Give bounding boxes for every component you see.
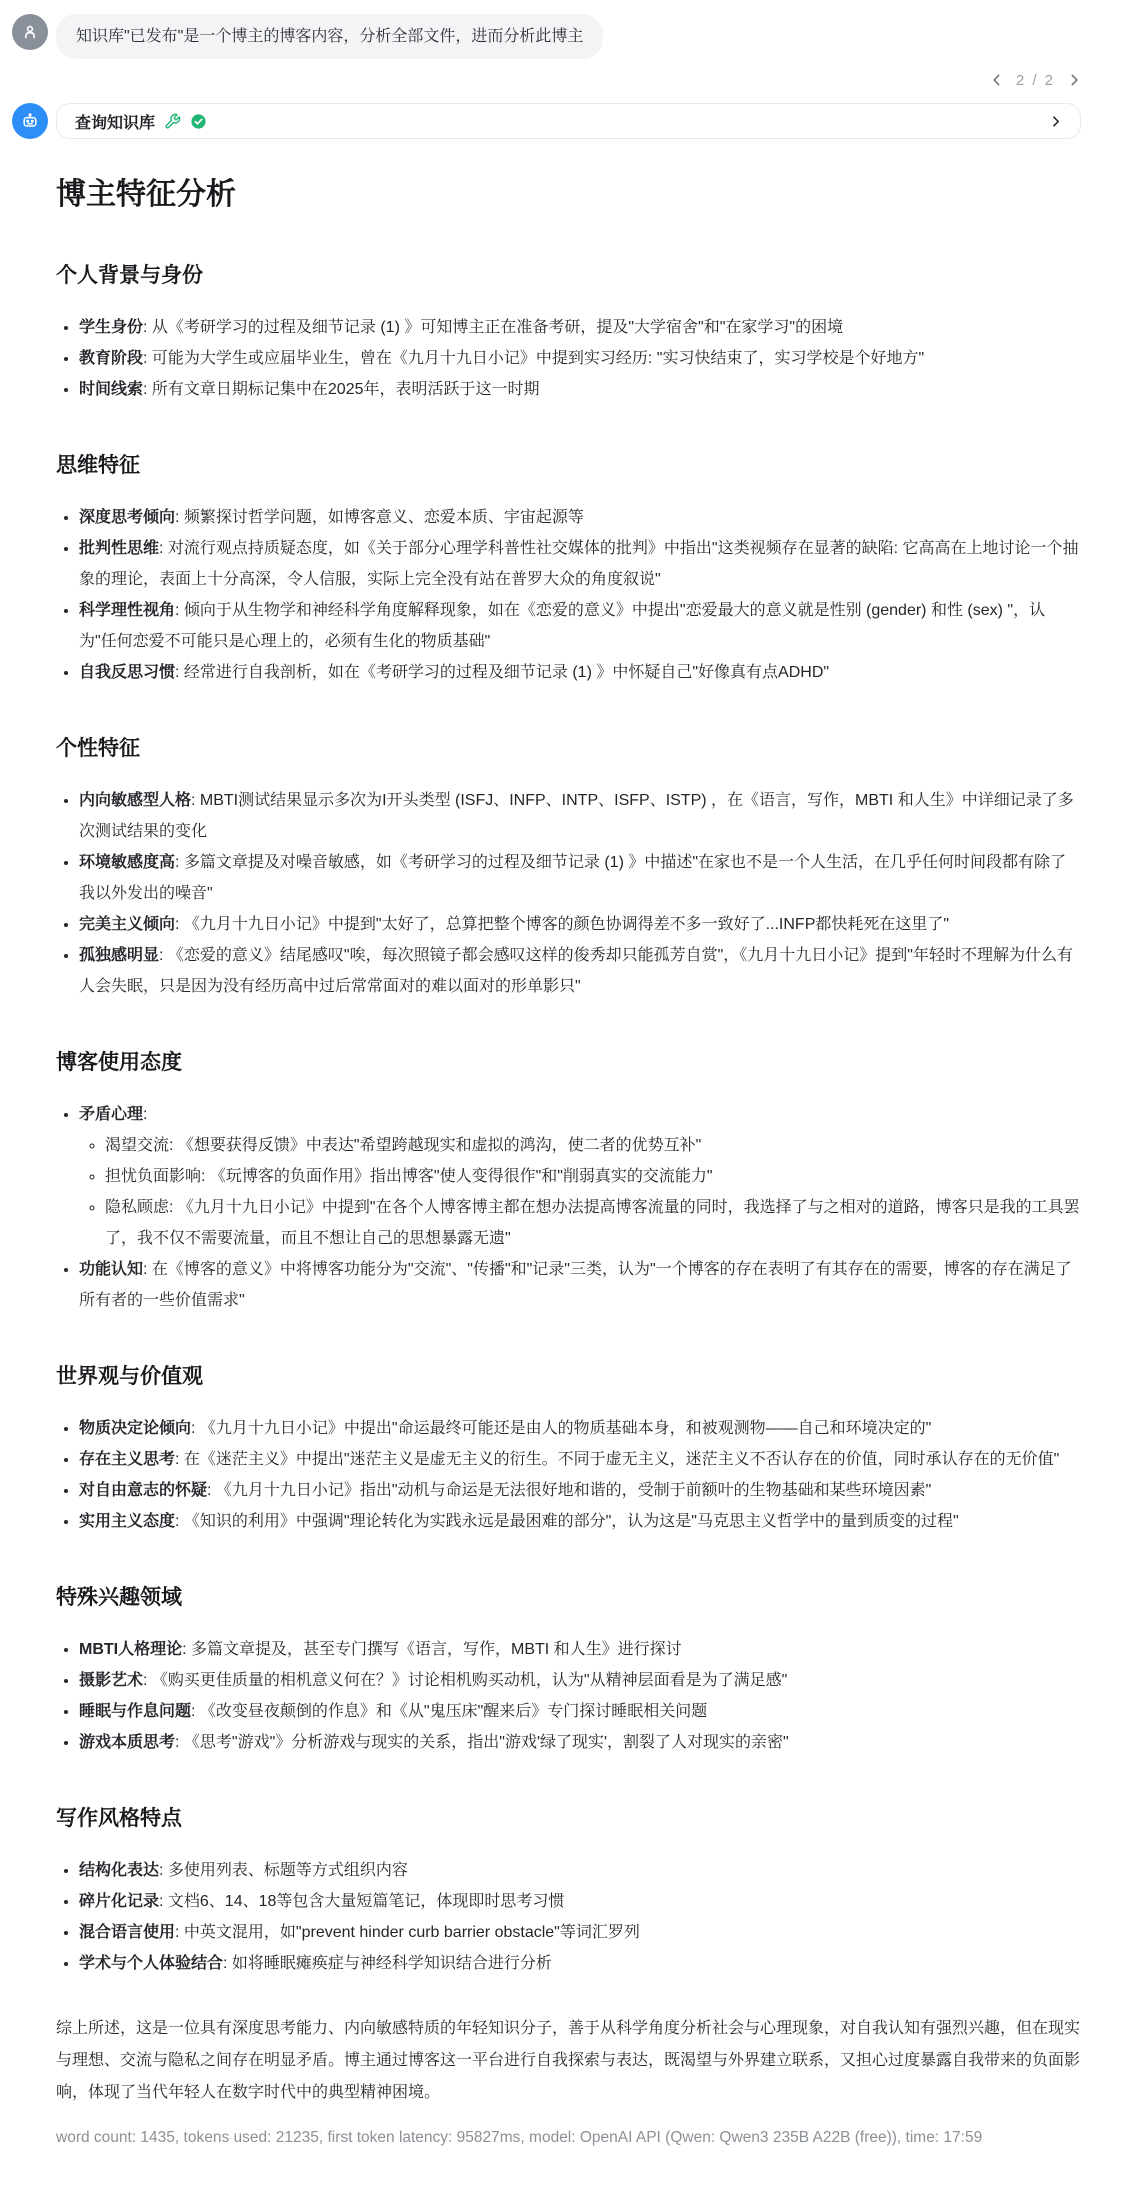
item-text: : <box>143 1106 147 1123</box>
list-item: 批判性思维: 对流行观点持质疑态度，如《关于部分心理学科普性社交媒体的批判》中指… <box>79 533 1081 595</box>
item-text: : 多使用列表、标题等方式组织内容 <box>159 1862 408 1879</box>
item-label: 功能认知 <box>79 1261 143 1278</box>
tool-call-panel[interactable]: 查询知识库 <box>56 103 1081 139</box>
list-item: 科学理性视角: 倾向于从生物学和神经科学角度解释现象，如在《恋爱的意义》中提出"… <box>79 595 1081 657</box>
list-item: 摄影艺术: 《购买更佳质量的相机意义何在？》讨论相机购买动机，认为"从精神层面看… <box>79 1665 1081 1696</box>
list-item: 深度思考倾向: 频繁探讨哲学问题，如博客意义、恋爱本质、宇宙起源等 <box>79 502 1081 533</box>
item-text: : 从《考研学习的过程及细节记录 (1) 》可知博主正在准备考研，提及"大学宿舍… <box>143 319 843 336</box>
robot-icon <box>20 111 40 131</box>
item-label: 孤独感明显 <box>79 947 159 964</box>
list-item: 完美主义倾向: 《九月十九日小记》中提到"太好了，总算把整个博客的颜色协调得差不… <box>79 909 1081 940</box>
list-item: 结构化表达: 多使用列表、标题等方式组织内容 <box>79 1855 1081 1886</box>
section-heading: 博客使用态度 <box>56 1048 1081 1077</box>
item-label: 教育阶段 <box>79 350 143 367</box>
section-list: 内向敏感型人格: MBTI测试结果显示多次为I开头类型 (ISFJ、INFP、I… <box>56 785 1081 1002</box>
sub-list: 渴望交流: 《想要获得反馈》中表达"希望跨越现实和虚拟的鸿沟，使二者的优势互补"… <box>79 1130 1081 1254</box>
item-label: 环境敏感度高 <box>79 854 175 871</box>
check-circle-icon <box>190 113 207 130</box>
chevron-right-icon[interactable] <box>1049 115 1062 128</box>
item-text: : 文档6、14、18等包含大量短篇笔记，体现即时思考习惯 <box>159 1893 564 1910</box>
chevron-right-icon <box>1067 73 1081 87</box>
list-item: 自我反思习惯: 经常进行自我剖析，如在《考研学习的过程及细节记录 (1) 》中怀… <box>79 657 1081 688</box>
list-item: 环境敏感度高: 多篇文章提及对噪音敏感，如《考研学习的过程及细节记录 (1) 》… <box>79 847 1081 909</box>
item-label: 学生身份 <box>79 319 143 336</box>
item-label: 游戏本质思考 <box>79 1734 175 1751</box>
section-heading: 世界观与价值观 <box>56 1362 1081 1391</box>
item-text: : 所有文章日期标记集中在2025年，表明活跃于这一时期 <box>143 381 540 398</box>
item-label: 自我反思习惯 <box>79 664 175 681</box>
chevron-left-icon <box>990 73 1004 87</box>
list-item: 孤独感明显: 《恋爱的意义》结尾感叹"唉，每次照镜子都会感叹这样的俊秀却只能孤芳… <box>79 940 1081 1002</box>
section-heading: 个性特征 <box>56 734 1081 763</box>
section-list: 结构化表达: 多使用列表、标题等方式组织内容碎片化记录: 文档6、14、18等包… <box>56 1855 1081 1979</box>
sub-list-item: 隐私顾虑: 《九月十九日小记》中提到"在各个人博客博主都在想办法提高博客流量的同… <box>105 1192 1081 1254</box>
list-item: 学生身份: 从《考研学习的过程及细节记录 (1) 》可知博主正在准备考研，提及"… <box>79 312 1081 343</box>
item-text: : MBTI测试结果显示多次为I开头类型 (ISFJ、INFP、INTP、ISF… <box>79 792 1074 840</box>
item-text: : 中英文混用，如"prevent hinder curb barrier ob… <box>175 1924 640 1941</box>
item-text: : 《思考"游戏"》分析游戏与现实的关系，指出"游戏'绿了现实'，割裂了人对现实… <box>175 1734 789 1751</box>
item-label: 矛盾心理 <box>79 1106 143 1123</box>
item-text: : 如将睡眠瘫痪症与神经科学知识结合进行分析 <box>223 1955 552 1972</box>
item-label: 学术与个人体验结合 <box>79 1955 223 1972</box>
item-text: : 经常进行自我剖析，如在《考研学习的过程及细节记录 (1) 》中怀疑自己"好像… <box>175 664 829 681</box>
list-item: 碎片化记录: 文档6、14、18等包含大量短篇笔记，体现即时思考习惯 <box>79 1886 1081 1917</box>
item-text: : 对流行观点持质疑态度，如《关于部分心理学科普性社交媒体的批判》中指出"这类视… <box>79 540 1078 588</box>
item-text: : 《改变昼夜颠倒的作息》和《从"鬼压床"醒来后》专门探讨睡眠相关问题 <box>191 1703 707 1720</box>
list-item: 矛盾心理: 渴望交流: 《想要获得反馈》中表达"希望跨越现实和虚拟的鸿沟，使二者… <box>79 1099 1081 1254</box>
list-item: 混合语言使用: 中英文混用，如"prevent hinder curb barr… <box>79 1917 1081 1948</box>
list-item: 游戏本质思考: 《思考"游戏"》分析游戏与现实的关系，指出"游戏'绿了现实'，割… <box>79 1727 1081 1758</box>
item-label: 完美主义倾向 <box>79 916 175 933</box>
list-item: 物质决定论倾向: 《九月十九日小记》中提出"命运最终可能还是由人的物质基础本身，… <box>79 1413 1081 1444</box>
item-label: 实用主义态度 <box>79 1513 175 1530</box>
list-item: 功能认知: 在《博客的意义》中将博客功能分为"交流"、"传播"和"记录"三类，认… <box>79 1254 1081 1316</box>
item-text: : 《恋爱的意义》结尾感叹"唉，每次照镜子都会感叹这样的俊秀却只能孤芳自赏"，《… <box>79 947 1073 995</box>
section-list: MBTI人格理论: 多篇文章提及，甚至专门撰写《语言，写作，MBTI 和人生》进… <box>56 1634 1081 1758</box>
section-list: 学生身份: 从《考研学习的过程及细节记录 (1) 》可知博主正在准备考研，提及"… <box>56 312 1081 405</box>
person-icon <box>21 23 39 41</box>
page-indicator: 2 / 2 <box>1016 72 1055 89</box>
item-text: : 多篇文章提及对噪音敏感，如《考研学习的过程及细节记录 (1) 》中描述"在家… <box>79 854 1066 902</box>
summary-paragraph: 综上所述，这是一位具有深度思考能力、内向敏感特质的年轻知识分子，善于从科学角度分… <box>56 2013 1081 2109</box>
item-text: : 在《博客的意义》中将博客功能分为"交流"、"传播"和"记录"三类，认为"一个… <box>79 1261 1072 1309</box>
user-avatar <box>12 14 48 50</box>
item-label: 深度思考倾向 <box>79 509 175 526</box>
item-text: : 频繁探讨哲学问题，如博客意义、恋爱本质、宇宙起源等 <box>175 509 584 526</box>
item-label: 结构化表达 <box>79 1862 159 1879</box>
item-label: 碎片化记录 <box>79 1893 159 1910</box>
assistant-message-row: 查询知识库 <box>12 103 1081 139</box>
assistant-message-content: 博主特征分析 个人背景与身份学生身份: 从《考研学习的过程及细节记录 (1) 》… <box>56 175 1081 2150</box>
tool-call-title: 查询知识库 <box>75 110 155 133</box>
section-heading: 个人背景与身份 <box>56 261 1081 290</box>
user-message-text: 知识库"已发布"是一个博主的博客内容，分析全部文件，进而分析此博主 <box>76 28 583 45</box>
item-text: : 在《迷茫主义》中提出"迷茫主义是虚无主义的衍生。不同于虚无主义，迷茫主义不否… <box>175 1451 1059 1468</box>
item-label: 混合语言使用 <box>79 1924 175 1941</box>
section-heading: 写作风格特点 <box>56 1804 1081 1833</box>
message-pagination: 2 / 2 <box>12 69 1081 91</box>
sub-list-item: 渴望交流: 《想要获得反馈》中表达"希望跨越现实和虚拟的鸿沟，使二者的优势互补" <box>105 1130 1081 1161</box>
wrench-icon <box>164 113 181 130</box>
item-label: 时间线索 <box>79 381 143 398</box>
sub-list-item: 担忧负面影响: 《玩博客的负面作用》指出博客"使人变得很作"和"削弱真实的交流能… <box>105 1161 1081 1192</box>
chat-page: 知识库"已发布"是一个博主的博客内容，分析全部文件，进而分析此博主 2 / 2 <box>0 0 1139 2190</box>
article-sections: 个人背景与身份学生身份: 从《考研学习的过程及细节记录 (1) 》可知博主正在准… <box>56 261 1081 1979</box>
list-item: 教育阶段: 可能为大学生或应届毕业生，曾在《九月十九日小记》中提到实习经历: "… <box>79 343 1081 374</box>
item-label: 物质决定论倾向 <box>79 1420 191 1437</box>
section-heading: 特殊兴趣领域 <box>56 1583 1081 1612</box>
assistant-avatar <box>12 103 48 139</box>
item-text: : 多篇文章提及，甚至专门撰写《语言，写作，MBTI 和人生》进行探讨 <box>182 1641 682 1658</box>
section-list: 矛盾心理: 渴望交流: 《想要获得反馈》中表达"希望跨越现实和虚拟的鸿沟，使二者… <box>56 1099 1081 1316</box>
item-text: : 《购买更佳质量的相机意义何在？》讨论相机购买动机，认为"从精神层面看是为了满… <box>143 1672 787 1689</box>
list-item: 对自由意志的怀疑: 《九月十九日小记》指出"动机与命运是无法很好地和谐的，受制于… <box>79 1475 1081 1506</box>
section-list: 物质决定论倾向: 《九月十九日小记》中提出"命运最终可能还是由人的物质基础本身，… <box>56 1413 1081 1537</box>
list-item: 内向敏感型人格: MBTI测试结果显示多次为I开头类型 (ISFJ、INFP、I… <box>79 785 1081 847</box>
item-text: : 《知识的利用》中强调"理论转化为实践永远是最困难的部分"，认为这是"马克思主… <box>175 1513 959 1530</box>
item-text: : 《九月十九日小记》中提出"命运最终可能还是由人的物质基础本身，和被观测物——… <box>191 1420 931 1437</box>
list-item: 时间线索: 所有文章日期标记集中在2025年，表明活跃于这一时期 <box>79 374 1081 405</box>
list-item: 存在主义思考: 在《迷茫主义》中提出"迷茫主义是虚无主义的衍生。不同于虚无主义，… <box>79 1444 1081 1475</box>
item-text: : 倾向于从生物学和神经科学角度解释现象，如在《恋爱的意义》中提出"恋爱最大的意… <box>79 602 1045 650</box>
next-page-button[interactable] <box>1067 73 1081 87</box>
user-message-row: 知识库"已发布"是一个博主的博客内容，分析全部文件，进而分析此博主 <box>12 14 1081 59</box>
user-message-bubble: 知识库"已发布"是一个博主的博客内容，分析全部文件，进而分析此博主 <box>56 14 603 59</box>
list-item: 睡眠与作息问题: 《改变昼夜颠倒的作息》和《从"鬼压床"醒来后》专门探讨睡眠相关… <box>79 1696 1081 1727</box>
item-label: 内向敏感型人格 <box>79 792 191 809</box>
list-item: MBTI人格理论: 多篇文章提及，甚至专门撰写《语言，写作，MBTI 和人生》进… <box>79 1634 1081 1665</box>
item-label: 摄影艺术 <box>79 1672 143 1689</box>
item-label: 对自由意志的怀疑 <box>79 1482 207 1499</box>
item-text: : 《九月十九日小记》中提到"太好了，总算把整个博客的颜色协调得差不多一致好了.… <box>175 916 949 933</box>
list-item: 实用主义态度: 《知识的利用》中强调"理论转化为实践永远是最困难的部分"，认为这… <box>79 1506 1081 1537</box>
item-label: 存在主义思考 <box>79 1451 175 1468</box>
section-list: 深度思考倾向: 频繁探讨哲学问题，如博客意义、恋爱本质、宇宙起源等批判性思维: … <box>56 502 1081 688</box>
prev-page-button[interactable] <box>990 73 1004 87</box>
item-label: 科学理性视角 <box>79 602 175 619</box>
article-title: 博主特征分析 <box>56 175 1081 215</box>
item-label: 睡眠与作息问题 <box>79 1703 191 1720</box>
item-text: : 《九月十九日小记》指出"动机与命运是无法很好地和谐的，受制于前额叶的生物基础… <box>207 1482 931 1499</box>
list-item: 学术与个人体验结合: 如将睡眠瘫痪症与神经科学知识结合进行分析 <box>79 1948 1081 1979</box>
item-text: : 可能为大学生或应届毕业生，曾在《九月十九日小记》中提到实习经历: "实习快结… <box>143 350 924 367</box>
item-label: 批判性思维 <box>79 540 159 557</box>
item-label: MBTI人格理论 <box>79 1641 182 1658</box>
section-heading: 思维特征 <box>56 451 1081 480</box>
generation-stats: word count: 1435, tokens used: 21235, fi… <box>56 2125 1081 2150</box>
